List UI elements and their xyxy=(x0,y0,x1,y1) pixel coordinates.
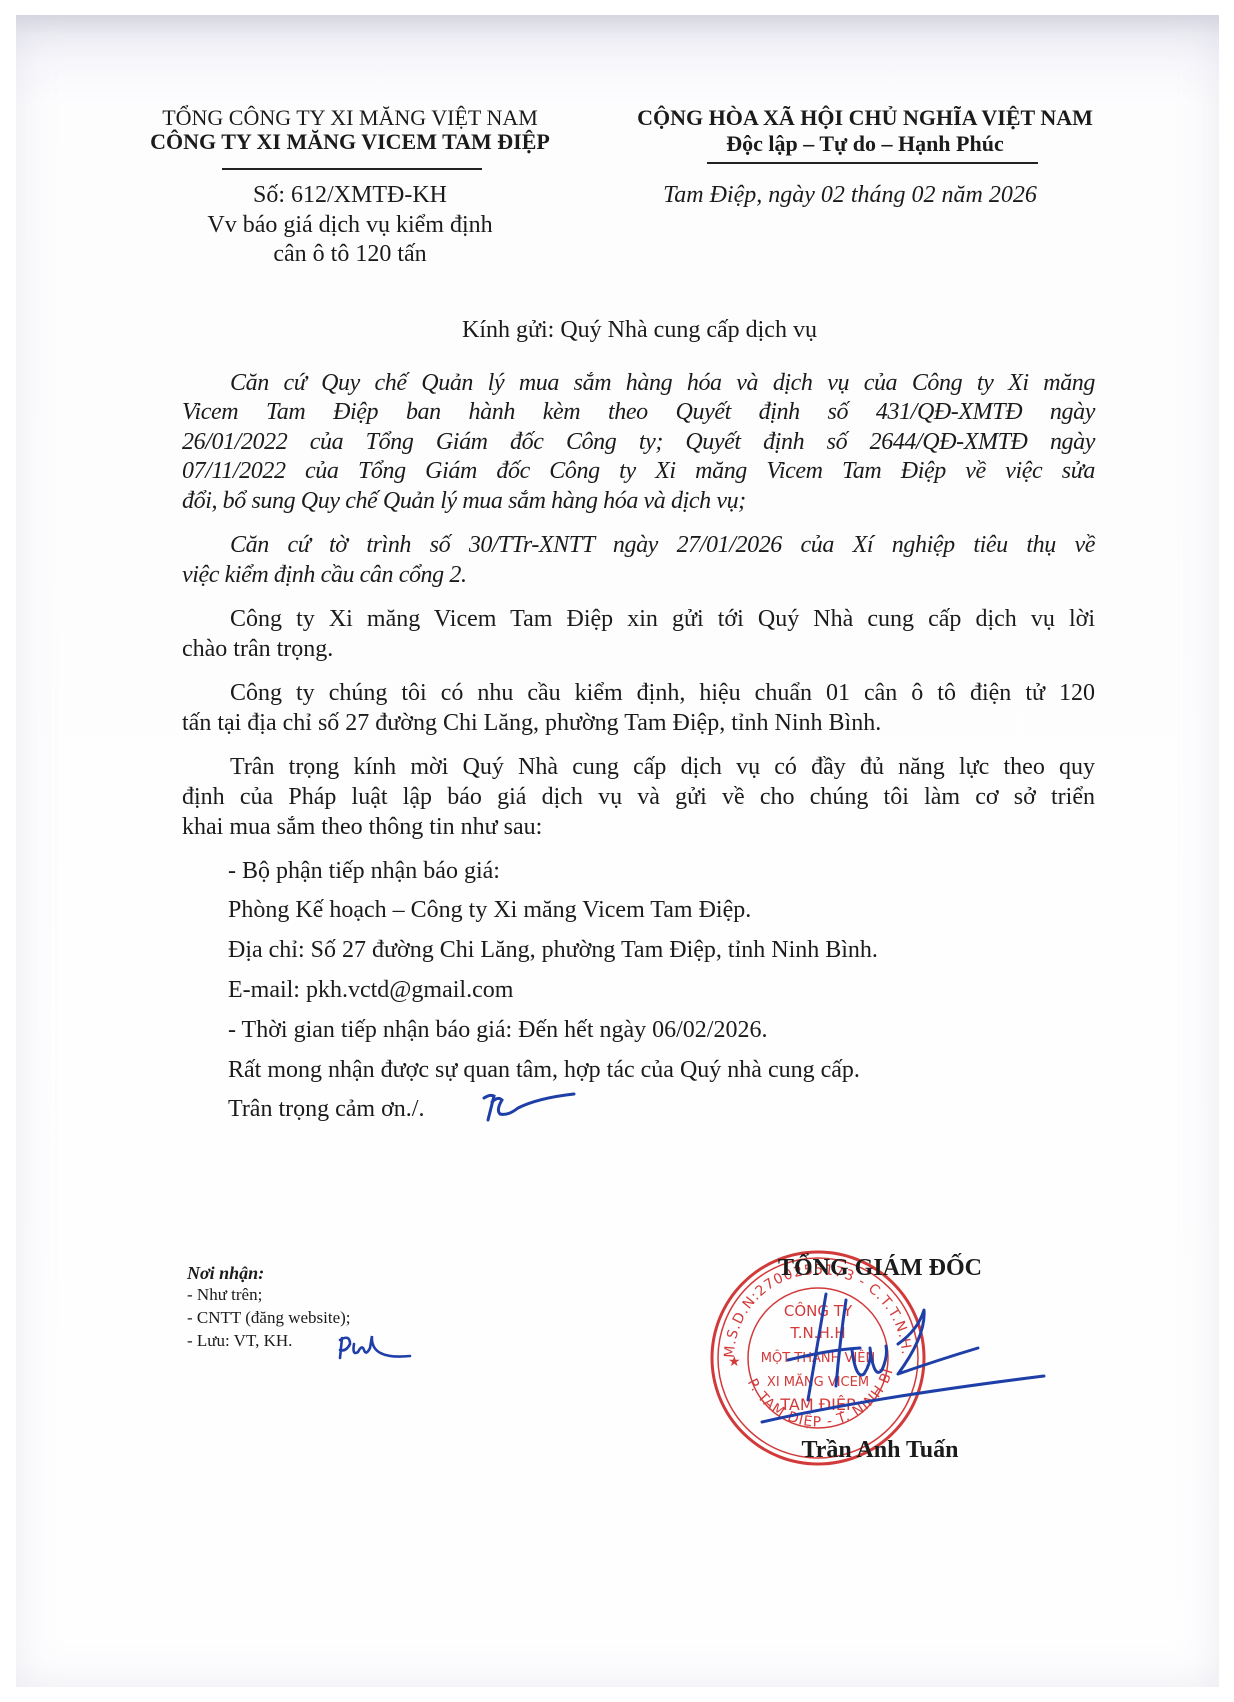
invite-line-3: khai mua sắm theo thông tin như sau: xyxy=(182,812,542,842)
need-line-1: Công ty chúng tôi có nhu cầu kiểm định, … xyxy=(230,678,1095,708)
motto-underline xyxy=(707,162,1038,164)
deadline: - Thời gian tiếp nhận báo giá: Đến hết n… xyxy=(228,1015,767,1045)
email-line: E-mail: pkh.vctd@gmail.com xyxy=(228,975,513,1005)
svg-text:★: ★ xyxy=(728,1354,741,1370)
country-name: CỘNG HÒA XÃ HỘI CHỦ NGHĨA VIỆT NAM xyxy=(600,104,1130,132)
national-motto: Độc lập – Tự do – Hạnh Phúc xyxy=(600,130,1130,158)
legal-basis-1-line-3: 26/01/2022 của Tổng Giám đốc Công ty; Qu… xyxy=(182,427,1095,457)
recipients-title: Nơi nhận: xyxy=(187,1262,264,1284)
director-signature-icon xyxy=(748,1290,1048,1430)
legal-basis-1: Căn cứ Quy chế Quản lý mua sắm hàng hóa … xyxy=(182,368,1095,398)
legal-basis-1-line-2: Vicem Tam Điệp ban hành kèm theo Quyết đ… xyxy=(182,397,1095,427)
email-link[interactable]: pkh.vctd@gmail.com xyxy=(306,977,513,1003)
recipient-item: - Như trên; xyxy=(187,1284,262,1306)
recipient-item: - CNTT (đăng website); xyxy=(187,1307,351,1329)
initial-signature-icon xyxy=(478,1080,578,1130)
subject-line-2: cân ô tô 120 tấn xyxy=(100,239,600,269)
receiving-department: Phòng Kế hoạch – Công ty Xi măng Vicem T… xyxy=(228,895,751,925)
place-and-date: Tam Điệp, ngày 02 tháng 02 năm 2026 xyxy=(600,180,1100,210)
invite-line-1: Trân trọng kính mời Quý Nhà cung cấp dịc… xyxy=(230,752,1095,782)
legal-basis-1-line-4: 07/11/2022 của Tổng Giám đốc Công ty Xi … xyxy=(182,456,1095,486)
need-line-2: tấn tại địa chỉ số 27 đường Chi Lăng, ph… xyxy=(182,708,881,738)
invite-line-2: định của Pháp luật lập báo giá dịch vụ v… xyxy=(182,782,1095,812)
subject-line-1: Vv báo giá dịch vụ kiểm định xyxy=(100,210,600,240)
recipient-item: - Lưu: VT, KH. xyxy=(187,1330,292,1352)
signer-name: Trần Anh Tuấn xyxy=(730,1436,1030,1464)
receiving-department-label: - Bộ phận tiếp nhận báo giá: xyxy=(228,856,500,886)
document-number: Số: 612/XMTĐ-KH xyxy=(100,180,600,210)
legal-basis-1-line-5: đổi, bổ sung Quy chế Quản lý mua sắm hàn… xyxy=(182,486,746,516)
signer-position: TỔNG GIÁM ĐỐC xyxy=(730,1254,1030,1282)
company-name: CÔNG TY XI MĂNG VICEM TAM ĐIỆP xyxy=(100,128,600,156)
company-underline xyxy=(222,168,482,170)
closing-line-2: Trân trọng cảm ơn./. xyxy=(228,1094,424,1124)
legal-basis-2-line-1: Căn cứ tờ trình số 30/TTr-XNTT ngày 27/0… xyxy=(230,530,1095,560)
legal-basis-2-line-2: việc kiểm định cầu cân cổng 2. xyxy=(182,560,467,590)
greeting-line-1: Công ty Xi măng Vicem Tam Điệp xin gửi t… xyxy=(230,604,1095,634)
clerk-initial-icon xyxy=(336,1330,416,1364)
address: Địa chỉ: Số 27 đường Chi Lăng, phường Ta… xyxy=(228,935,878,965)
greeting-line-2: chào trân trọng. xyxy=(182,634,333,664)
salutation: Kính gửi: Quý Nhà cung cấp dịch vụ xyxy=(462,315,817,345)
email-label: E-mail: xyxy=(228,977,306,1003)
official-letter: TỔNG CÔNG TY XI MĂNG VIỆT NAM CÔNG TY XI… xyxy=(0,0,1234,1702)
legal-basis-1-line: Căn cứ Quy chế Quản lý mua sắm hàng hóa … xyxy=(230,370,1095,396)
